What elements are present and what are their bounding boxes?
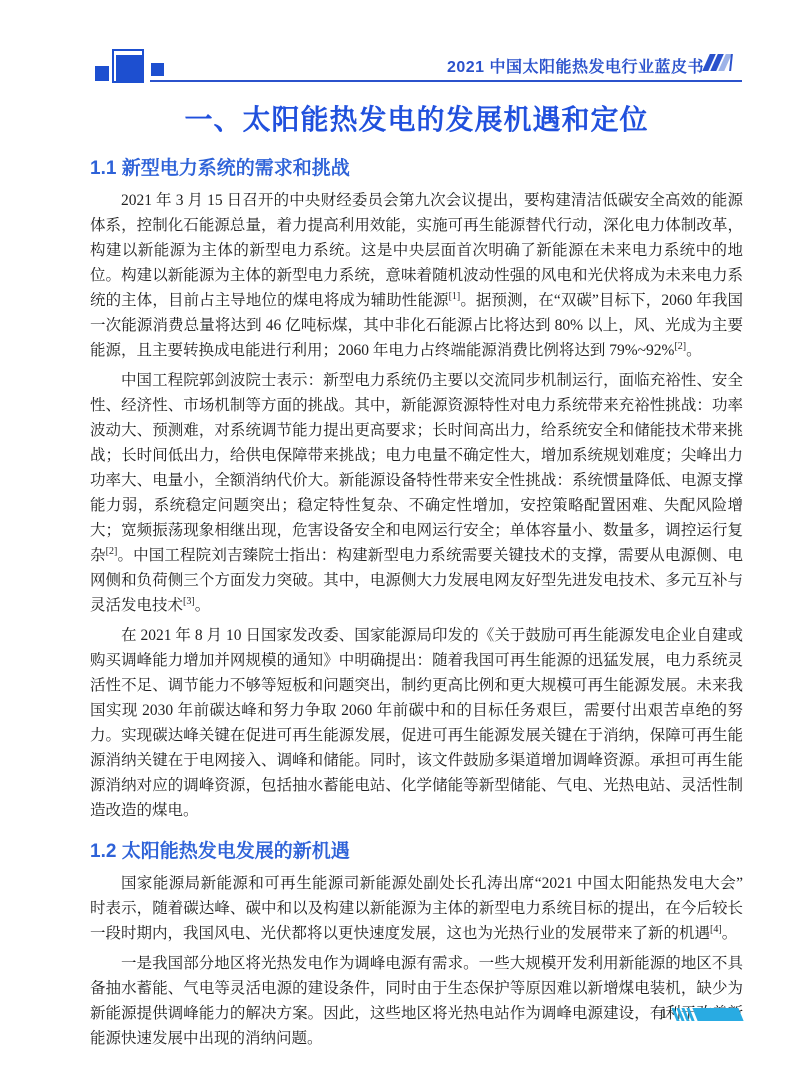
paragraph: 国家能源局新能源和可再生能源司新能源处副处长孔涛出席“2021 中国太阳能热发电…: [90, 871, 743, 946]
page-number: 1: [660, 1006, 668, 1023]
chapter-title: 一、太阳能热发电的发展机遇和定位: [90, 98, 743, 142]
hatched-bar-icon: [674, 1008, 741, 1021]
header-divider: [150, 80, 742, 82]
paragraph: 一是我国部分地区将光热发电作为调峰电源有需求。一些大规模开发利用新能源的地区不具…: [90, 951, 743, 1051]
document-page: 2021 中国太阳能热发电行业蓝皮书 一、太阳能热发电的发展机遇和定位 1.1 …: [0, 0, 800, 1085]
triple-slash-icon: [706, 54, 742, 73]
paragraph: 2021 年 3 月 15 日召开的中央财经委员会第九次会议提出，要构建清洁低碳…: [90, 188, 743, 363]
section-heading-1-1: 1.1 新型电力系统的需求和挑战: [90, 156, 743, 182]
logo-square-small-left: [95, 66, 109, 81]
header-booklet-title: 2021 中国太阳能热发电行业蓝皮书: [447, 54, 704, 77]
document-content: 一、太阳能热发电的发展机遇和定位 1.1 新型电力系统的需求和挑战 2021 年…: [90, 98, 743, 1056]
section-heading-1-2: 1.2 太阳能热发电发展的新机遇: [90, 839, 743, 865]
page-footer: 1: [660, 1005, 741, 1023]
paragraph: 中国工程院郭剑波院士表示：新型电力系统仍主要以交流同步机制运行，面临充裕性、安全…: [90, 368, 743, 618]
logo-square-solid: [116, 55, 142, 83]
paragraph: 在 2021 年 8 月 10 日国家发改委、国家能源局印发的《关于鼓励可再生能…: [90, 623, 743, 823]
logo-square-small-right: [150, 62, 165, 77]
